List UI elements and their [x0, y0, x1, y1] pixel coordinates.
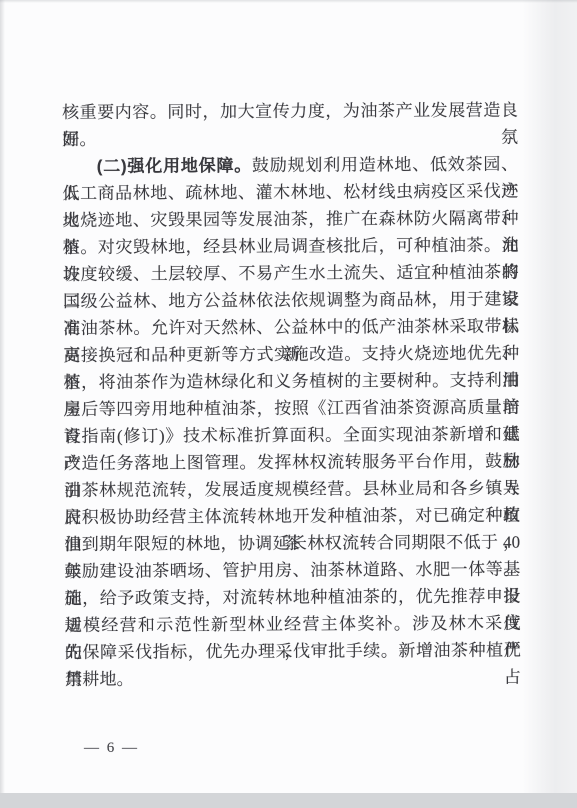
- text-line: 二级公益林、地方公益林依法依规调整为商品林，用于建设高标: [63, 286, 519, 315]
- page-edge-shade-top: [0, 0, 577, 3]
- text-line: 火烧迹地、灾毁果园等发展油茶，推广在森林防火隔离带种植油: [63, 205, 519, 234]
- document-body-text: 核重要内容。同时，加大宣传力度，为油茶产业发展营造良好氛围。(二)强化用地保障。…: [62, 97, 521, 693]
- section-heading-text: (二)强化用地保障。: [97, 156, 252, 176]
- text-line: 坡度较缓、土层较厚、不易产生水土流失、适宜种植油茶的国家: [63, 259, 519, 288]
- text-line: 设指南(修订)》技术标准折算面积。全面实现油茶新增和低产林: [64, 421, 520, 450]
- text-line: 但到期年限短的林地，协调延长林权流转合同期限不低于 40 年。: [64, 529, 520, 558]
- page-edge-shade-right: [522, 0, 577, 793]
- text-line: 鼓励建设油茶晒场、管护用房、油茶林道路、水肥一体等基础设: [64, 556, 520, 585]
- text-line: (二)强化用地保障。鼓励规划利用造林地、低效茶园、低产: [62, 151, 518, 180]
- text-line: 油茶林规范流转，发展适度规模经营。县林业局和各乡镇人民政: [64, 475, 520, 504]
- text-line: 先保障采伐指标，优先办理采伐审批手续。新增油茶种植严禁占: [65, 637, 521, 666]
- body-text: 围。: [62, 130, 97, 149]
- document-page: 核重要内容。同时，加大宣传力度，为油茶产业发展营造良好氛围。(二)强化用地保障。…: [0, 0, 577, 793]
- body-text: 核重要内容。同时，加大宣传力度，为油茶产业发展营造良好氛: [62, 101, 518, 149]
- text-line: 规模经营和示范性新型林业经营主体奖补。涉及林木采伐的，优: [65, 610, 521, 639]
- text-line: 人工商品林地、疏林地、灌木林地、松材线虫病疫区采伐迹地、: [62, 178, 518, 207]
- text-line: 改造任务落地上图管理。发挥林权流转服务平台作用，鼓励引导: [64, 448, 520, 477]
- text-line: 施，给予政策支持，对流转林地种植油茶的，优先推荐申报适度: [65, 583, 521, 612]
- page-edge-shade-left: [0, 0, 5, 793]
- text-line: 屋后等四旁用地种植油茶，按照《江西省油茶资源高质量培育建: [64, 394, 520, 423]
- text-line: 茶，将油茶作为造林绿化和义务植树的主要树种。支持利用房前: [63, 367, 519, 396]
- body-text: 用耕地。: [65, 670, 134, 689]
- page-number: — 6 —: [84, 740, 139, 757]
- text-line: 高接换冠和品种更新等方式实施改造。支持火烧迹地优先种植油: [63, 340, 519, 369]
- text-line: 核重要内容。同时，加大宣传力度，为油茶产业发展营造良好氛: [62, 97, 518, 126]
- text-line: 茶。对灾毁林地，经县林业局调查核批后，可种植油茶。允许将: [63, 232, 519, 261]
- scanner-edge-bottom: [0, 793, 577, 808]
- text-line: 府积极协助经营主体流转林地开发种植油茶，对已确定种植油茶，: [64, 502, 520, 531]
- text-line: 准油茶林。允许对天然林、公益林中的低产油茶林采取带状更新、: [63, 313, 519, 342]
- scanner-background: 核重要内容。同时，加大宣传力度，为油茶产业发展营造良好氛围。(二)强化用地保障。…: [0, 0, 577, 808]
